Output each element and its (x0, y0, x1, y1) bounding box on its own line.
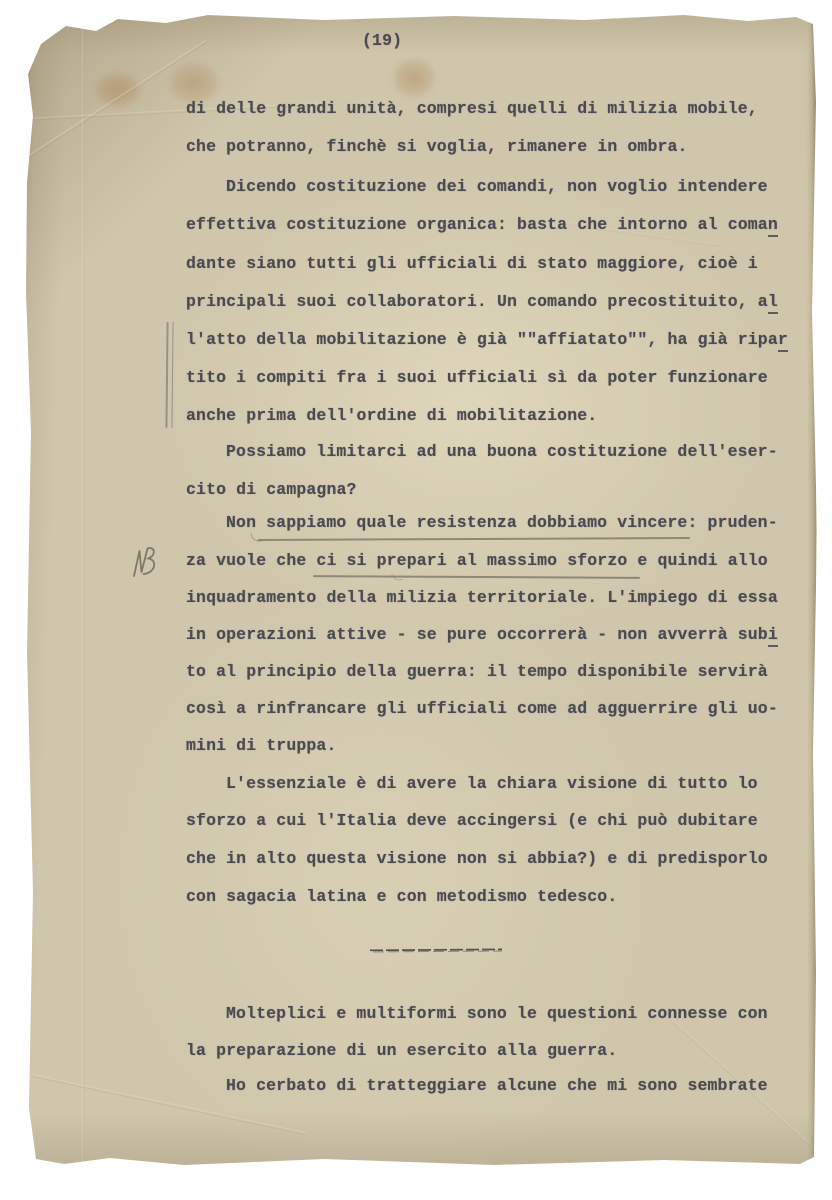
page-number: (19) (362, 31, 402, 51)
text-line: inquadramento della milizia territoriale… (186, 588, 778, 608)
text-line: tito i compiti fra i suoi ufficiali sì d… (186, 368, 768, 388)
fingerprint-stain-3 (392, 58, 436, 98)
fingerprint-stain-1 (94, 72, 142, 108)
typed-underlined-letter: l (768, 292, 778, 314)
text-line: Dicendo costituzione dei comandi, non vo… (226, 177, 768, 197)
text-line: sforzo a cui l'Italia deve accingersi (e… (186, 811, 758, 831)
typed-underlined-letter: r (778, 330, 788, 352)
text-line: effettiva costituzione organica: basta c… (186, 215, 778, 235)
text-line: dante siano tutti gli ufficiali di stato… (186, 254, 758, 274)
text-line: Possiamo limitarci ad una buona costituz… (226, 442, 778, 462)
crease-line (82, 12, 85, 1168)
text-line: cito di campagna? (186, 480, 357, 500)
text-line: Ho cerbato di tratteggiare alcune che mi… (226, 1076, 768, 1096)
text-line: mini di truppa. (186, 736, 336, 756)
typed-underlined-letter: i (768, 625, 778, 647)
text-line: za vuole che ci si prepari al massimo sf… (186, 551, 768, 571)
scanned-page: (19) di delle grandi unità, compresi que… (0, 0, 832, 1200)
sheet-edge-shadow (807, 12, 816, 1168)
text-line: così a rinfrancare gli ufficiali come ad… (186, 699, 778, 719)
margin-emphasis-lines (165, 322, 176, 428)
typed-underlined-letter: n (768, 215, 778, 237)
text-line: L'essenziale è di avere la chiara vision… (226, 774, 758, 794)
text-line: Non sappiamo quale resistenza dobbiamo v… (226, 513, 778, 533)
text-line: in operazioni attive - se pure occorrerà… (186, 625, 778, 645)
text-line: l'atto della mobilitazione è già ""affia… (186, 330, 788, 350)
text-line: to al principio della guerra: il tempo d… (186, 662, 768, 682)
text-line: che in alto questa visione non si abbia?… (186, 849, 768, 869)
text-line: la preparazione di un esercito alla guer… (186, 1041, 617, 1061)
text-line: principali suoi collaboratori. Un comand… (186, 292, 778, 312)
text-line: con sagacia latina e con metodismo tedes… (186, 887, 617, 907)
margin-emphasis-bar (165, 322, 168, 428)
margin-emphasis-bar (171, 322, 174, 428)
text-line: anche prima dell'ordine di mobilitazione… (186, 406, 597, 426)
nb-annotation (131, 545, 158, 580)
text-line: che potranno, finchè si voglia, rimanere… (186, 137, 688, 157)
text-line: di delle grandi unità, compresi quelli d… (186, 99, 758, 119)
text-line: Molteplici e multiformi sono le question… (226, 1004, 768, 1024)
fingerprint-stain-2 (168, 62, 220, 104)
